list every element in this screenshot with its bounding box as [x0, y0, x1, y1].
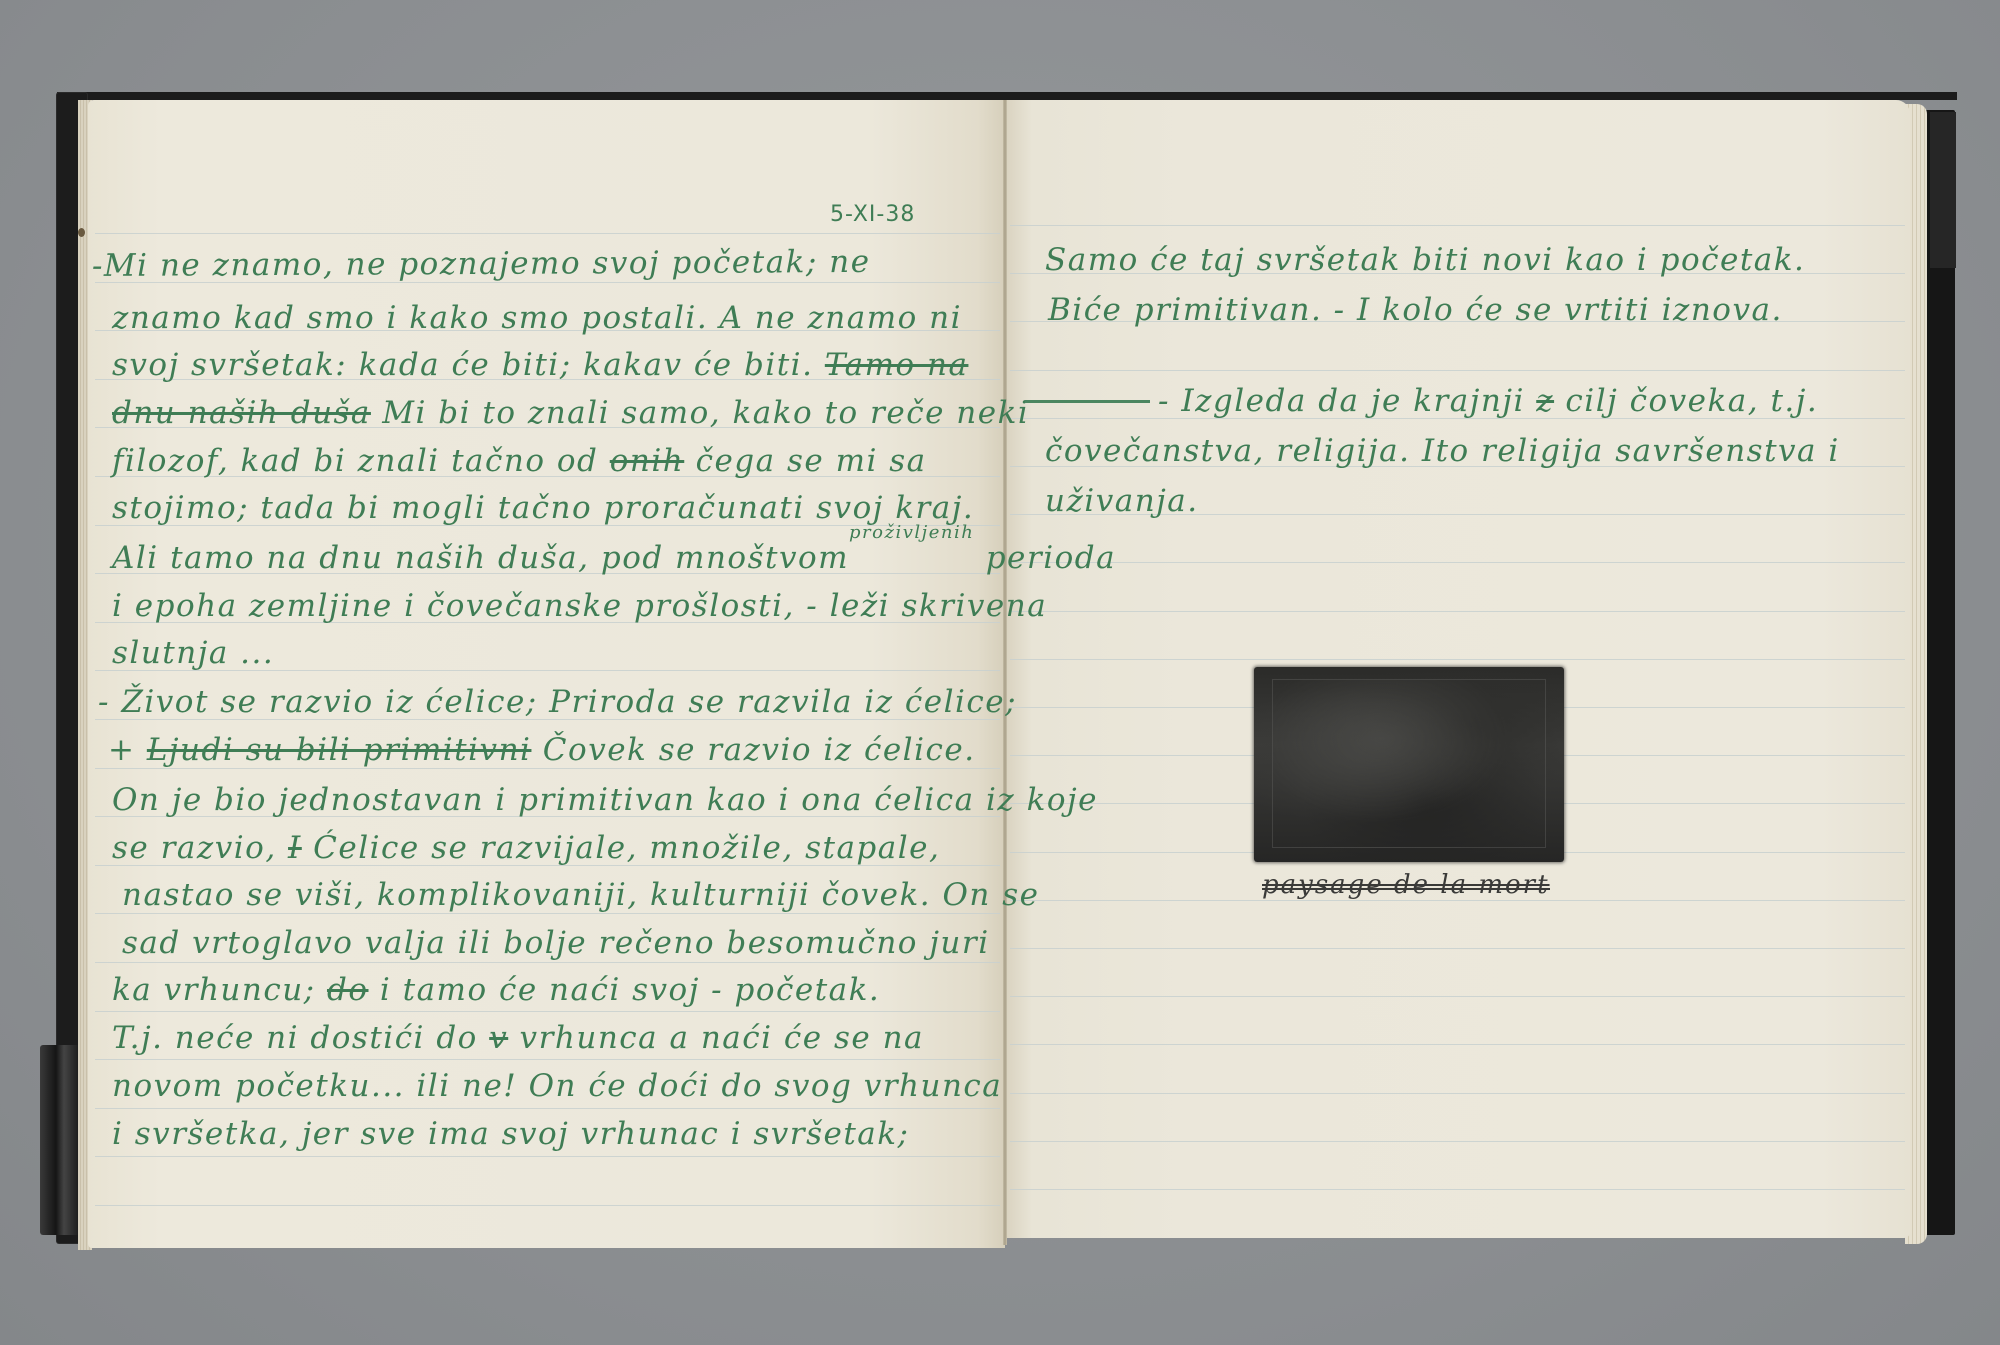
book-gutter	[1003, 100, 1007, 1245]
painting-caption: paysage de la mort	[1262, 870, 1550, 900]
handwritten-line: Biće primitivan. - I kolo će se vrtiti i…	[1048, 292, 1783, 328]
text-segment: ka vrhuncu;	[112, 972, 327, 1008]
text-segment: Samo će taj svršetak biti novi kao i poč…	[1045, 242, 1805, 278]
ruled-line	[95, 1205, 1000, 1206]
text-segment: novom početku... ili ne! On će doći do s…	[112, 1068, 1002, 1104]
ruled-line	[1010, 225, 1905, 226]
ruled-line	[95, 1059, 1000, 1060]
handwritten-line: ka vrhuncu; do i tamo će naći svoj - poč…	[112, 972, 880, 1008]
ink-stain	[78, 228, 85, 237]
handwritten-line: - Izgleda da je krajnji z cilj čoveka, t…	[1158, 383, 1818, 419]
handwritten-line: nastao se viši, komplikovaniji, kulturni…	[122, 877, 1040, 913]
text-segment: sad vrtoglavo valja ili bolje rečeno bes…	[122, 925, 990, 961]
text-segment: čovečanstva, religija. Ito religija savr…	[1045, 433, 1840, 469]
ruled-line	[1010, 1189, 1905, 1190]
text-segment: - Izgleda da je krajnji	[1158, 383, 1536, 419]
handwritten-line: slutnja ...	[112, 635, 274, 671]
ruled-line	[95, 233, 1000, 234]
handwritten-line: i svršetka, jer sve ima svoj vrhunac i s…	[112, 1116, 910, 1152]
text-segment: svoj svršetak: kada će biti; kakav će bi…	[112, 347, 825, 383]
handwritten-line: -Mi ne znamo, ne poznajemo svoj početak;…	[92, 244, 871, 284]
text-segment: Ali tamo na dnu naših duša, pod mnoštvom	[112, 540, 849, 576]
ink-wash-painting	[1254, 667, 1564, 862]
handwritten-line: T.j. neće ni dostići do v vrhunca a naći…	[112, 1020, 924, 1056]
handwritten-line: filozof, kad bi znali tačno od onih čega…	[112, 443, 927, 479]
crossed-out-text: z	[1536, 383, 1554, 419]
text-segment: -Mi ne znamo, ne poznajemo svoj početak;…	[92, 244, 871, 284]
text-segment: cilj čoveka, t.j.	[1554, 383, 1818, 419]
ruled-line	[95, 1156, 1000, 1157]
text-segment: nastao se viši, komplikovaniji, kulturni…	[122, 877, 1040, 913]
handwritten-line: Samo će taj svršetak biti novi kao i poč…	[1045, 242, 1805, 278]
notebook-spine-tape	[40, 1045, 80, 1235]
ruled-line	[1010, 1093, 1905, 1094]
handwritten-line: - Život se razvio iz ćelice; Priroda se …	[98, 684, 1017, 720]
handwritten-line: uživanja.	[1045, 483, 1199, 519]
notebook-cover-right-tab	[1930, 112, 1956, 268]
text-segment: znamo kad smo i kako smo postali. A ne z…	[112, 300, 962, 336]
ruled-line	[1010, 1044, 1905, 1045]
crossed-out-text: v	[489, 1020, 508, 1056]
painting-frame	[1272, 679, 1546, 848]
ruled-line	[95, 962, 1000, 963]
handwritten-line: On je bio jednostavan i primitivan kao i…	[112, 782, 1098, 818]
text-segment: i epoha zemljine i čovečanske prošlosti,…	[112, 588, 1047, 624]
ruled-line	[1010, 370, 1905, 371]
text-segment: filozof, kad bi znali tačno od	[112, 443, 610, 479]
handwritten-line: svoj svršetak: kada će biti; kakav će bi…	[112, 347, 968, 383]
text-segment: i svršetka, jer sve ima svoj vrhunac i s…	[112, 1116, 910, 1152]
text-segment: On je bio jednostavan i primitivan kao i…	[112, 782, 1098, 818]
text-segment: +	[108, 732, 147, 768]
handwritten-line: novom početku... ili ne! On će doći do s…	[112, 1068, 1002, 1104]
crossed-out-text: Tamo na	[825, 347, 969, 383]
text-segment: slutnja ...	[112, 635, 274, 671]
text-segment: - Život se razvio iz ćelice; Priroda se …	[98, 684, 1017, 720]
crossed-out-text: Ljudi su bili primitivni	[147, 732, 532, 768]
text-segment: čega se mi sa	[684, 443, 926, 479]
inserted-note: proživljenih	[849, 522, 974, 543]
text-segment: se razvio,	[112, 830, 288, 866]
text-segment: T.j. neće ni dostići do	[112, 1020, 489, 1056]
ruled-line	[1010, 996, 1905, 997]
handwritten-line: znamo kad smo i kako smo postali. A ne z…	[112, 300, 962, 336]
text-segment: Biće primitivan. - I kolo će se vrtiti i…	[1048, 292, 1783, 328]
ruled-line	[1010, 1141, 1905, 1142]
ruled-line	[1010, 562, 1905, 563]
ruled-line	[1010, 659, 1905, 660]
crossed-out-text: onih	[610, 443, 685, 479]
text-segment: stojimo; tada bi mogli tačno proračunati…	[112, 490, 974, 526]
notebook-cover-top-edge	[57, 92, 1957, 100]
text-segment: i tamo će naći svoj - početak.	[369, 972, 881, 1008]
handwritten-line: Ali tamo na dnu naših duša, pod mnoštvom…	[112, 540, 1116, 576]
ruled-line	[1010, 611, 1905, 612]
ruled-line	[95, 913, 1000, 914]
handwritten-line: dnu naših duša Mi bi to znali samo, kako…	[112, 395, 1029, 431]
ruled-line	[1010, 948, 1905, 949]
handwritten-line: čovečanstva, religija. Ito religija savr…	[1045, 433, 1840, 469]
notebook-cover-right	[1925, 110, 1955, 1235]
crossed-out-text: dnu naših duša	[112, 395, 371, 431]
text-segment: Mi bi to znali samo, kako to reče neki	[371, 395, 1029, 431]
handwritten-line: stojimo; tada bi mogli tačno proračunati…	[112, 490, 974, 526]
handwritten-line: i epoha zemljine i čovečanske prošlosti,…	[112, 588, 1047, 624]
text-segment: Čovek se razvio iz ćelice.	[531, 732, 975, 768]
entry-date: 5-XI-38	[830, 202, 915, 227]
crossed-out-text: do	[327, 972, 369, 1008]
crossed-out-text: I	[288, 830, 302, 866]
handwritten-line: + Ljudi su bili primitivni Čovek se razv…	[108, 732, 976, 768]
handwritten-line: sad vrtoglavo valja ili bolje rečeno bes…	[122, 925, 990, 961]
text-segment: Ćelice se razvijale, množile, stapale,	[302, 830, 941, 866]
handwritten-line: se razvio, I Ćelice se razvijale, množil…	[112, 830, 940, 866]
text-segment: uživanja.	[1045, 483, 1199, 519]
text-segment: vrhunca a naći će se na	[508, 1020, 924, 1056]
ruled-line	[95, 1011, 1000, 1012]
ruled-line	[95, 1108, 1000, 1109]
text-segment: perioda	[974, 540, 1116, 576]
dash-stroke	[1025, 400, 1150, 403]
